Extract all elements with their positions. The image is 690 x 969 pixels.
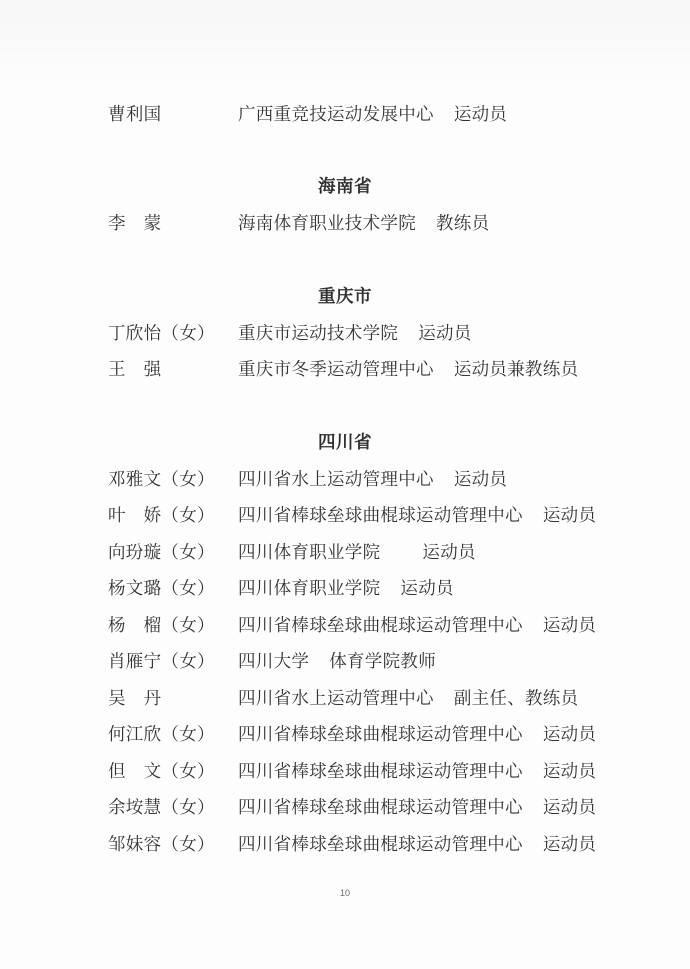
- table-row: 向玢璇（女） 四川体育职业学院 运动员: [0, 533, 690, 570]
- organization: 四川体育职业学院: [238, 539, 380, 564]
- person-name: 李 蒙: [108, 210, 238, 235]
- person-name: 王 强: [108, 356, 238, 381]
- organization: 四川大学: [238, 648, 309, 673]
- organization: 四川省棒球垒球曲棍球运动管理中心: [238, 612, 523, 637]
- person-name: 杨文璐（女）: [108, 575, 238, 600]
- position: 运动员: [400, 575, 453, 600]
- table-row: 余垵慧（女） 四川省棒球垒球曲棍球运动管理中心 运动员: [0, 789, 690, 826]
- table-row: 杨文璐（女） 四川体育职业学院 运动员: [0, 570, 690, 607]
- document-page: 曹利国 广西重竞技运动发展中心 运动员 海南省 李 蒙 海南体育职业技术学院 教…: [0, 0, 690, 969]
- organization: 四川体育职业学院: [238, 575, 380, 600]
- page-number: 10: [0, 888, 690, 898]
- organization: 四川省水上运动管理中心: [238, 685, 434, 710]
- table-row: 邓雅文（女） 四川省水上运动管理中心 运动员: [0, 460, 690, 497]
- table-row: 肖雁宁（女） 四川大学 体育学院教师: [0, 643, 690, 680]
- position: 运动员: [543, 794, 596, 819]
- organization: 四川省水上运动管理中心: [238, 466, 434, 491]
- person-name: 丁欣怡（女）: [108, 320, 238, 345]
- section-gap: [0, 387, 690, 424]
- person-name: 邹妹容（女）: [108, 831, 238, 856]
- person-name: 吴 丹: [108, 685, 238, 710]
- position: 体育学院教师: [329, 648, 436, 673]
- section-gap: [0, 132, 690, 169]
- table-row: 丁欣怡（女） 重庆市运动技术学院 运动员: [0, 314, 690, 351]
- organization: 四川省棒球垒球曲棍球运动管理中心: [238, 758, 523, 783]
- organization: 四川省棒球垒球曲棍球运动管理中心: [238, 721, 523, 746]
- position: 运动员: [543, 831, 596, 856]
- appointment-list: 曹利国 广西重竞技运动发展中心 运动员 海南省 李 蒙 海南体育职业技术学院 教…: [0, 95, 690, 862]
- position: 运动员: [543, 612, 596, 637]
- person-name: 曹利国: [108, 101, 238, 126]
- position: 运动员: [454, 101, 507, 126]
- position: 运动员: [543, 721, 596, 746]
- organization: 四川省棒球垒球曲棍球运动管理中心: [238, 502, 523, 527]
- table-row: 何江欣（女） 四川省棒球垒球曲棍球运动管理中心 运动员: [0, 716, 690, 753]
- organization: 重庆市运动技术学院: [238, 320, 398, 345]
- position: 运动员: [454, 466, 507, 491]
- person-name: 邓雅文（女）: [108, 466, 238, 491]
- table-row: 吴 丹 四川省水上运动管理中心 副主任、教练员: [0, 679, 690, 716]
- table-row: 但 文（女） 四川省棒球垒球曲棍球运动管理中心 运动员: [0, 752, 690, 789]
- table-row: 李 蒙 海南体育职业技术学院 教练员: [0, 205, 690, 242]
- person-name: 何江欣（女）: [108, 721, 238, 746]
- section-header-sichuan: 四川省: [0, 424, 690, 461]
- person-name: 杨 榴（女）: [108, 612, 238, 637]
- position: 运动员兼教练员: [454, 356, 579, 381]
- person-name: 叶 娇（女）: [108, 502, 238, 527]
- person-name: 向玢璇（女）: [108, 539, 238, 564]
- position: 运动员: [543, 758, 596, 783]
- position: 运动员: [418, 320, 471, 345]
- organization: 重庆市冬季运动管理中心: [238, 356, 434, 381]
- organization: 四川省棒球垒球曲棍球运动管理中心: [238, 831, 523, 856]
- table-row: 叶 娇（女） 四川省棒球垒球曲棍球运动管理中心 运动员: [0, 497, 690, 534]
- position: 运动员: [543, 502, 596, 527]
- organization: 广西重竞技运动发展中心: [238, 101, 434, 126]
- position: 副主任、教练员: [454, 685, 579, 710]
- table-row: 曹利国 广西重竞技运动发展中心 运动员: [0, 95, 690, 132]
- organization: 四川省棒球垒球曲棍球运动管理中心: [238, 794, 523, 819]
- table-row: 邹妹容（女） 四川省棒球垒球曲棍球运动管理中心 运动员: [0, 825, 690, 862]
- section-header-chongqing: 重庆市: [0, 278, 690, 315]
- person-name: 肖雁宁（女）: [108, 648, 238, 673]
- section-gap: [0, 241, 690, 278]
- table-row: 王 强 重庆市冬季运动管理中心 运动员兼教练员: [0, 351, 690, 388]
- organization: 海南体育职业技术学院: [238, 210, 416, 235]
- section-header-hainan: 海南省: [0, 168, 690, 205]
- position: 教练员: [436, 210, 489, 235]
- position: 运动员: [422, 539, 475, 564]
- person-name: 但 文（女）: [108, 758, 238, 783]
- person-name: 余垵慧（女）: [108, 794, 238, 819]
- table-row: 杨 榴（女） 四川省棒球垒球曲棍球运动管理中心 运动员: [0, 606, 690, 643]
